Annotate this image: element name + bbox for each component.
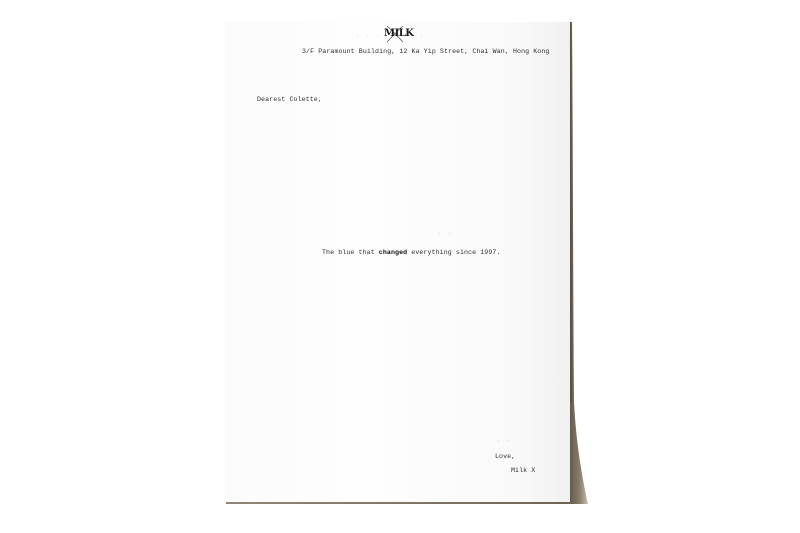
decorative-dots: · ·	[438, 231, 453, 237]
salutation: Dearest Colette,	[257, 96, 322, 103]
body-text-emphasis: changed	[379, 249, 407, 256]
body-text-before: The blue that	[322, 249, 379, 256]
decorative-dots: · ·	[497, 438, 512, 444]
closing: Love,	[495, 453, 515, 460]
letter-body: The blue that changed everything since 1…	[322, 249, 501, 256]
scene: · · · · · MILK 3/F Paramount Building, 1…	[0, 0, 800, 533]
letterhead-logo: MILK	[384, 25, 406, 43]
letterhead-address: 3/F Paramount Building, 12 Ka Yip Street…	[302, 48, 549, 55]
letter-page	[226, 22, 570, 503]
page-bottom-edge	[226, 502, 574, 504]
logo-text: MILK	[384, 25, 406, 43]
body-text-after: everything since 1997.	[407, 249, 500, 256]
signature: Milk X	[511, 467, 535, 474]
decorative-dots: · · ·	[356, 33, 381, 39]
